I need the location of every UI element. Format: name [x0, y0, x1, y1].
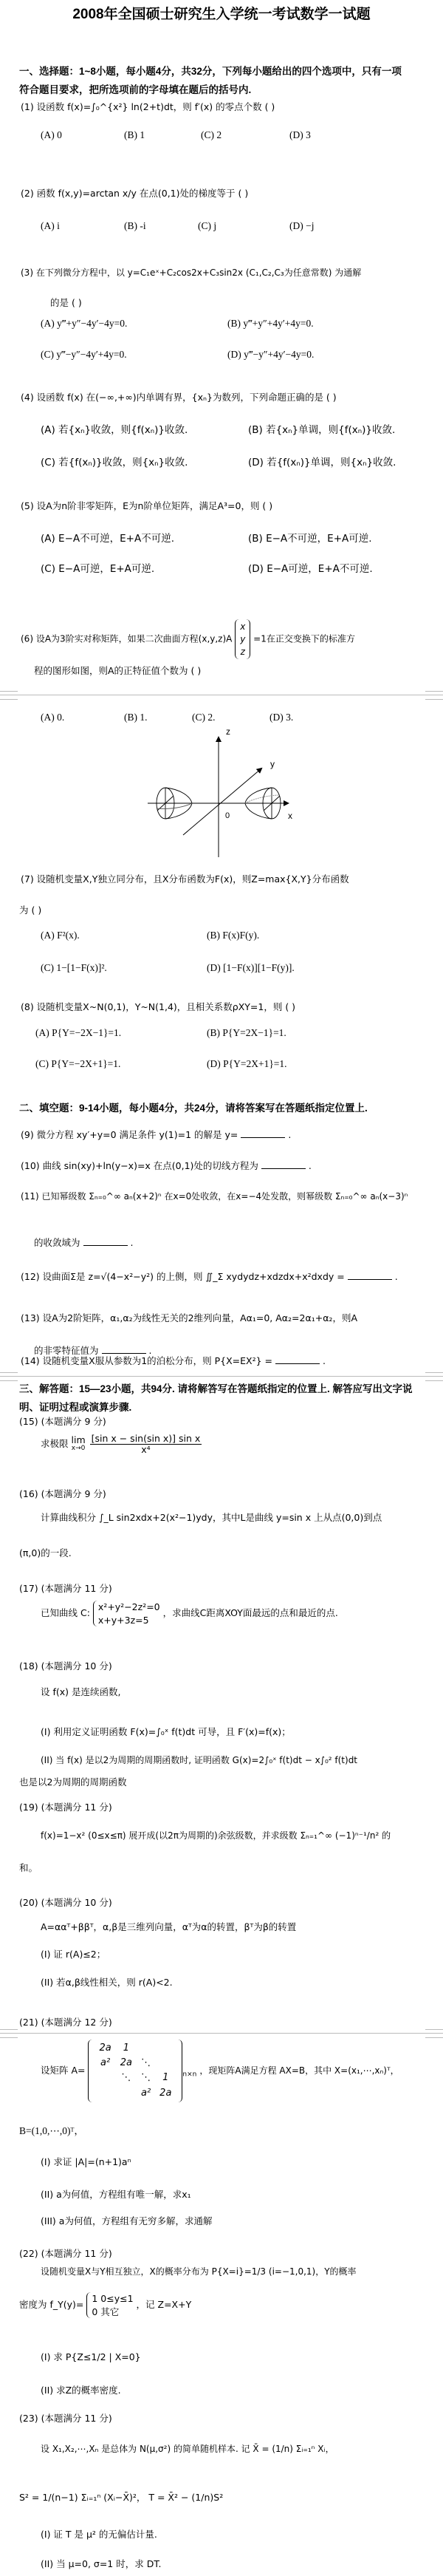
q17-system: x²+y²−2z²=0 x+y+3z=5 — [93, 1601, 160, 1626]
q9-answer-blank[interactable] — [241, 1128, 285, 1138]
q10-answer-blank[interactable] — [261, 1159, 306, 1169]
q20-label: (20) (本题满分 10 分) — [19, 1895, 112, 1909]
section-3-heading-line1: 三、解答题：15—23小题，共94分. 请将解答写在答题纸指定的位置上. 解答应… — [19, 1380, 413, 1395]
q8-option-c: (C) P{Y=−2X+1}=1. — [35, 1058, 120, 1070]
q3-option-c: (C) y‴−y″−4y′+4y=0. — [41, 349, 127, 361]
origin-label: 0 — [225, 811, 230, 820]
q16-label: (16) (本题满分 9 分) — [19, 1487, 106, 1500]
q15-denominator: x⁴ — [90, 1445, 202, 1455]
q17-label: (17) (本题满分 11 分) — [19, 1581, 112, 1595]
q18-part1: (I) 利用定义证明函数 F(x)=∫₀ˣ f(t)dt 可导，且 F′(x)=… — [41, 1725, 291, 1738]
q18-part2: (II) 当 f(x) 是以2为周期的周期函数时, 证明函数 G(x)=2∫₀ˣ… — [41, 1754, 357, 1766]
q12-answer-blank[interactable] — [348, 1270, 392, 1280]
q18-label: (18) (本题满分 10 分) — [19, 1659, 112, 1672]
q6-column-vector: x y z — [235, 619, 250, 659]
q20-part1: (I) 证 r(A)≤2； — [41, 1947, 106, 1960]
q5-option-c: (C) E−A可逆，E+A可逆. — [41, 560, 154, 575]
q15-lim-word: lim — [72, 1435, 86, 1445]
q7-option-d: (D) [1−F(x)][1−F(y)]. — [207, 962, 295, 974]
y-axis-label: y — [270, 759, 275, 769]
q5-option-b: (B) E−A不可逆，E+A可逆. — [248, 530, 372, 545]
q8-option-b: (B) P{Y=2X−1}=1. — [207, 1027, 286, 1039]
q23-label: (23) (本题满分 11 分) — [19, 2411, 112, 2425]
q20-part2: (II) 若α,β线性相关，则 r(A)<2. — [41, 1975, 173, 1989]
q17-equation-2: x+y+3z=5 — [98, 1614, 160, 1627]
q13-answer-blank[interactable] — [102, 1344, 146, 1354]
x-axis-label: x — [288, 811, 292, 821]
q6-option-c: (C) 2. — [192, 712, 216, 723]
q21-suffix: ，现矩阵A满足方程 AX=B，其中 X=(x₁,⋯,xₙ)ᵀ， — [199, 2065, 399, 2076]
q20-line1: A=ααᵀ+ββᵀ，α,β是三维列向量，αᵀ为α的转置，βᵀ为β的转置 — [41, 1920, 296, 1933]
q21-part2: (II) a为何值，方程组有唯一解，求x₁ — [41, 2187, 191, 2201]
q21-line2: B=(1,0,⋯,0)ᵀ， — [19, 2122, 84, 2137]
q19-line1: f(x)=1−x² (0≤x≤π) 展开成(以2π为周期的)余弦级数，并求级数 … — [41, 1829, 391, 1841]
q13-stem-line1: (13) 设A为2阶矩阵，α₁,α₂为线性无关的2维列向量，Aα₁=0, Aα₂… — [21, 1311, 357, 1324]
q14-stem: (14) 设随机变量X服从参数为1的泊松分布，则 P{X=EX²} = — [21, 1355, 272, 1366]
q21-label: (21) (本题满分 12 分) — [19, 2015, 112, 2028]
q11-text-line2: 的收敛域为 . — [34, 1236, 133, 1249]
q17-suffix: ，求曲线C距离XOY面最远的点和最近的点. — [163, 1607, 338, 1618]
q17-equation-1: x²+y²−2z²=0 — [98, 1601, 160, 1614]
q15-lim: lim x→0 — [72, 1435, 86, 1453]
q8-option-a: (A) P{Y=−2X−1}=1. — [35, 1027, 121, 1039]
section-2-heading: 二、填空题：9-14小题，每小题4分，共24分，请将答案写在答题纸指定位置上. — [19, 1100, 368, 1114]
q8-option-d: (D) P{Y=2X+1}=1. — [207, 1058, 287, 1070]
q15-prefix: 求极限 — [41, 1438, 69, 1449]
q4-option-d: (D) 若{f(xₙ)}单调，则{xₙ}收敛. — [248, 454, 396, 468]
section-1-heading-line2: 符合题目要求，把所选项前的字母填在题后的括号内. — [19, 81, 251, 96]
page-break — [0, 2033, 443, 2034]
q21-matrix-table: 2a1 a²2a⋱ ⋱⋱1 a²2a — [95, 2041, 176, 2101]
q8-stem: (8) 设随机变量X~N(0,1)，Y~N(1,4)，且相关系数ρXY=1，则 … — [21, 1000, 295, 1013]
q22-part2: (II) 求Z的概率密度. — [41, 2383, 121, 2396]
q4-option-a: (A) 若{xₙ}收敛，则{f(xₙ)}收敛. — [41, 421, 188, 436]
q21-body: 设矩阵 A= 2a1 a²2a⋱ ⋱⋱1 a²2a n×n ，现矩阵A满足方程 … — [41, 2040, 399, 2102]
q3-stem-line2: 的是 ( ) — [50, 296, 82, 309]
q22-line2: 密度为 f_Y(y)= 1 0≤y≤1 0 其它 ，记 Z=X+Y — [19, 2292, 191, 2318]
z-axis-label: z — [226, 726, 230, 737]
q6-vector-y: y — [240, 633, 245, 646]
q22-density-suffix: ，记 Z=X+Y — [137, 2299, 192, 2310]
q1-option-d: (D) 3 — [289, 129, 311, 141]
q22-density-prefix: 密度为 f_Y(y)= — [19, 2299, 83, 2310]
q23-line2: S² = 1/(n−1) Σᵢ₌₁ⁿ (Xᵢ−X̄)²， T = X̄² − (… — [19, 2490, 223, 2504]
q22-label: (22) (本题满分 11 分) — [19, 2246, 112, 2260]
q1-option-a: (A) 0 — [41, 129, 62, 141]
q5-option-d: (D) E−A可逆，E+A不可逆. — [248, 560, 373, 575]
q7-stem-line2: 为 ( ) — [19, 903, 41, 916]
q10-text: (10) 曲线 sin(xy)+ln(y−x)=x 在点(0,1)处的切线方程为… — [21, 1159, 312, 1172]
q10-stem: (10) 曲线 sin(xy)+ln(y−x)=x 在点(0,1)处的切线方程为 — [21, 1160, 258, 1171]
q3-option-b: (B) y‴+y″+4y′+4y=0. — [227, 318, 314, 330]
q7-option-c: (C) 1−[1−F(x)]². — [41, 962, 107, 974]
q21-prefix: 设矩阵 A= — [41, 2065, 86, 2076]
q14-text: (14) 设随机变量X服从参数为1的泊松分布，则 P{X=EX²} = . — [21, 1354, 326, 1367]
q21-part3: (III) a为何值，方程组有无穷多解，求通解 — [41, 2214, 212, 2227]
q3-option-a: (A) y‴+y″−4y′−4y=0. — [41, 318, 127, 330]
q22-part1: (I) 求 P{Z≤1/2 | X=0} — [41, 2350, 141, 2363]
q2-stem: (2) 函数 f(x,y)=arctan x/y 在点(0,1)处的梯度等于 (… — [21, 186, 248, 200]
q9-stem: (9) 微分方程 xy′+y=0 满足条件 y(1)=1 的解是 y= — [21, 1129, 238, 1140]
q6-option-b: (B) 1. — [124, 712, 148, 723]
q11-stem-line2: 的收敛域为 — [34, 1237, 80, 1248]
q2-option-d: (D) −j — [289, 220, 314, 232]
q16-line2: (π,0)的一段. — [19, 1546, 72, 1559]
q22-density-cases: 1 0≤y≤1 0 其它 — [86, 2292, 133, 2318]
q18-part2-cont: 也是以2为周期的周期函数 — [19, 1775, 126, 1788]
q23-part1: (I) 证 T 是 μ² 的无偏估计量. — [41, 2527, 157, 2541]
q3-option-d: (D) y‴−y″+4y′−4y=0. — [227, 349, 314, 361]
q15-body: 求极限 lim x→0 [sin x − sin(sin x)] sin x x… — [41, 1434, 202, 1455]
q1-option-c: (C) 2 — [201, 129, 221, 141]
q5-option-a: (A) E−A不可逆，E+A不可逆. — [41, 530, 174, 545]
section-3-heading-line2: 明、证明过程或演算步骤. — [19, 1399, 131, 1414]
hyperboloid-figure: z y x 0 — [111, 724, 332, 872]
q14-answer-blank[interactable] — [275, 1355, 320, 1364]
q11-answer-blank[interactable] — [83, 1236, 128, 1246]
q19-line2: 和。 — [19, 1861, 38, 1874]
q21-matrix-size: n×n — [182, 2071, 196, 2078]
q2-option-c: (C) j — [198, 220, 216, 232]
q23-part2: (II) 当 μ=0, σ=1 时，求 DT. — [41, 2557, 161, 2570]
q6-option-d: (D) 3. — [269, 712, 293, 723]
q6-vector-x: x — [240, 621, 245, 633]
q12-text: (12) 设曲面Σ是 z=√(4−x²−y²) 的上侧，则 ∬_Σ xydydz… — [21, 1270, 398, 1283]
q9-text: (9) 微分方程 xy′+y=0 满足条件 y(1)=1 的解是 y= . — [21, 1128, 291, 1141]
q4-option-c: (C) 若{f(xₙ)}收敛，则{xₙ}收敛. — [41, 454, 188, 468]
q15-numerator: [sin x − sin(sin x)] sin x — [90, 1434, 202, 1445]
q6-vector-z: z — [240, 646, 245, 658]
q7-option-b: (B) F(x)F(y). — [207, 930, 259, 941]
q17-body: 已知曲线 C: x²+y²−2z²=0 x+y+3z=5 ，求曲线C距离XOY面… — [41, 1601, 338, 1626]
q15-lim-subscript: x→0 — [72, 1445, 86, 1453]
q15-label: (15) (本题满分 9 分) — [19, 1414, 106, 1428]
q12-stem: (12) 设曲面Σ是 z=√(4−x²−y²) 的上侧，则 ∬_Σ xydydz… — [21, 1271, 345, 1282]
q7-stem-line1: (7) 设随机变量X,Y独立同分布，且X分布函数为F(x)，则Z=max{X,Y… — [21, 872, 349, 885]
q18-line1: 设 f(x) 是连续函数, — [41, 1685, 120, 1698]
q19-label: (19) (本题满分 11 分) — [19, 1800, 112, 1813]
q6-stem-part-b: =1在正交变换下的标准方 — [253, 634, 355, 644]
q5-stem: (5) 设A为n阶非零矩阵，E为n阶单位矩阵，满足A³=0，则 ( ) — [21, 499, 272, 512]
q16-line1: 计算曲线积分 ∫_L sin2xdx+2(x²−1)ydy，其中L是曲线 y=s… — [41, 1510, 382, 1524]
q22-case-1: 1 0≤y≤1 — [92, 2292, 133, 2306]
q23-line1: 设 X₁,X₂,⋯,Xₙ 是总体为 N(μ,σ²) 的简单随机样本. 记 X̄ … — [41, 2442, 334, 2455]
q6-stem-line2: 程的图形如图，则A的正特征值个数为 ( ) — [34, 664, 201, 677]
y-axis — [183, 769, 261, 835]
page-title: 2008年全国硕士研究生入学统一考试数学一试题 — [0, 3, 443, 23]
q2-option-b: (B) -i — [124, 220, 146, 232]
q22-case-2: 0 其它 — [92, 2306, 133, 2319]
q3-stem-line1: (3) 在下列微分方程中，以 y=C₁eˣ+C₂cos2x+C₃sin2x (C… — [21, 266, 361, 279]
q2-option-a: (A) i — [41, 220, 60, 232]
section-1-heading-line1: 一、选择题：1~8小题，每小题4分，共32分，下列每小题给出的四个选项中，只有一… — [19, 63, 402, 78]
q1-option-b: (B) 1 — [124, 129, 145, 141]
q4-option-b: (B) 若{xₙ}单调，则{f(xₙ)}收敛. — [248, 421, 395, 436]
q6-stem-line1: (6) 设A为3阶实对称矩阵，如果二次曲面方程(x,y,z)A x y z =1… — [21, 619, 355, 659]
q15-fraction: [sin x − sin(sin x)] sin x x⁴ — [90, 1434, 202, 1455]
q6-option-a: (A) 0. — [41, 712, 64, 723]
q1-stem: (1) 设函数 f(x)=∫₀^{x²} ln(2+t)dt，则 f′(x) 的… — [21, 100, 275, 113]
page-break — [0, 1376, 443, 1377]
q17-prefix: 已知曲线 C: — [41, 1607, 90, 1618]
q6-stem-part-a: (6) 设A为3阶实对称矩阵，如果二次曲面方程(x,y,z)A — [21, 634, 232, 644]
page-break — [0, 695, 443, 695]
q7-option-a: (A) F²(x). — [41, 930, 80, 941]
q4-stem: (4) 设函数 f(x) 在(−∞,+∞)内单调有界，{xₙ}为数列，下列命题正… — [21, 390, 337, 403]
q22-line1: 设随机变量X与Y相互独立，X的概率分布为 P{X=i}=1/3 (i=−1,0,… — [41, 2265, 357, 2277]
q21-part1: (I) 求证 |A|=(n+1)aⁿ — [41, 2155, 131, 2168]
q11-stem-line1: (11) 已知幂级数 Σₙ₌₀^∞ aₙ(x+2)ⁿ 在x=0处收敛，在x=−4… — [21, 1190, 408, 1202]
q21-matrix: 2a1 a²2a⋱ ⋱⋱1 a²2a — [88, 2040, 182, 2102]
